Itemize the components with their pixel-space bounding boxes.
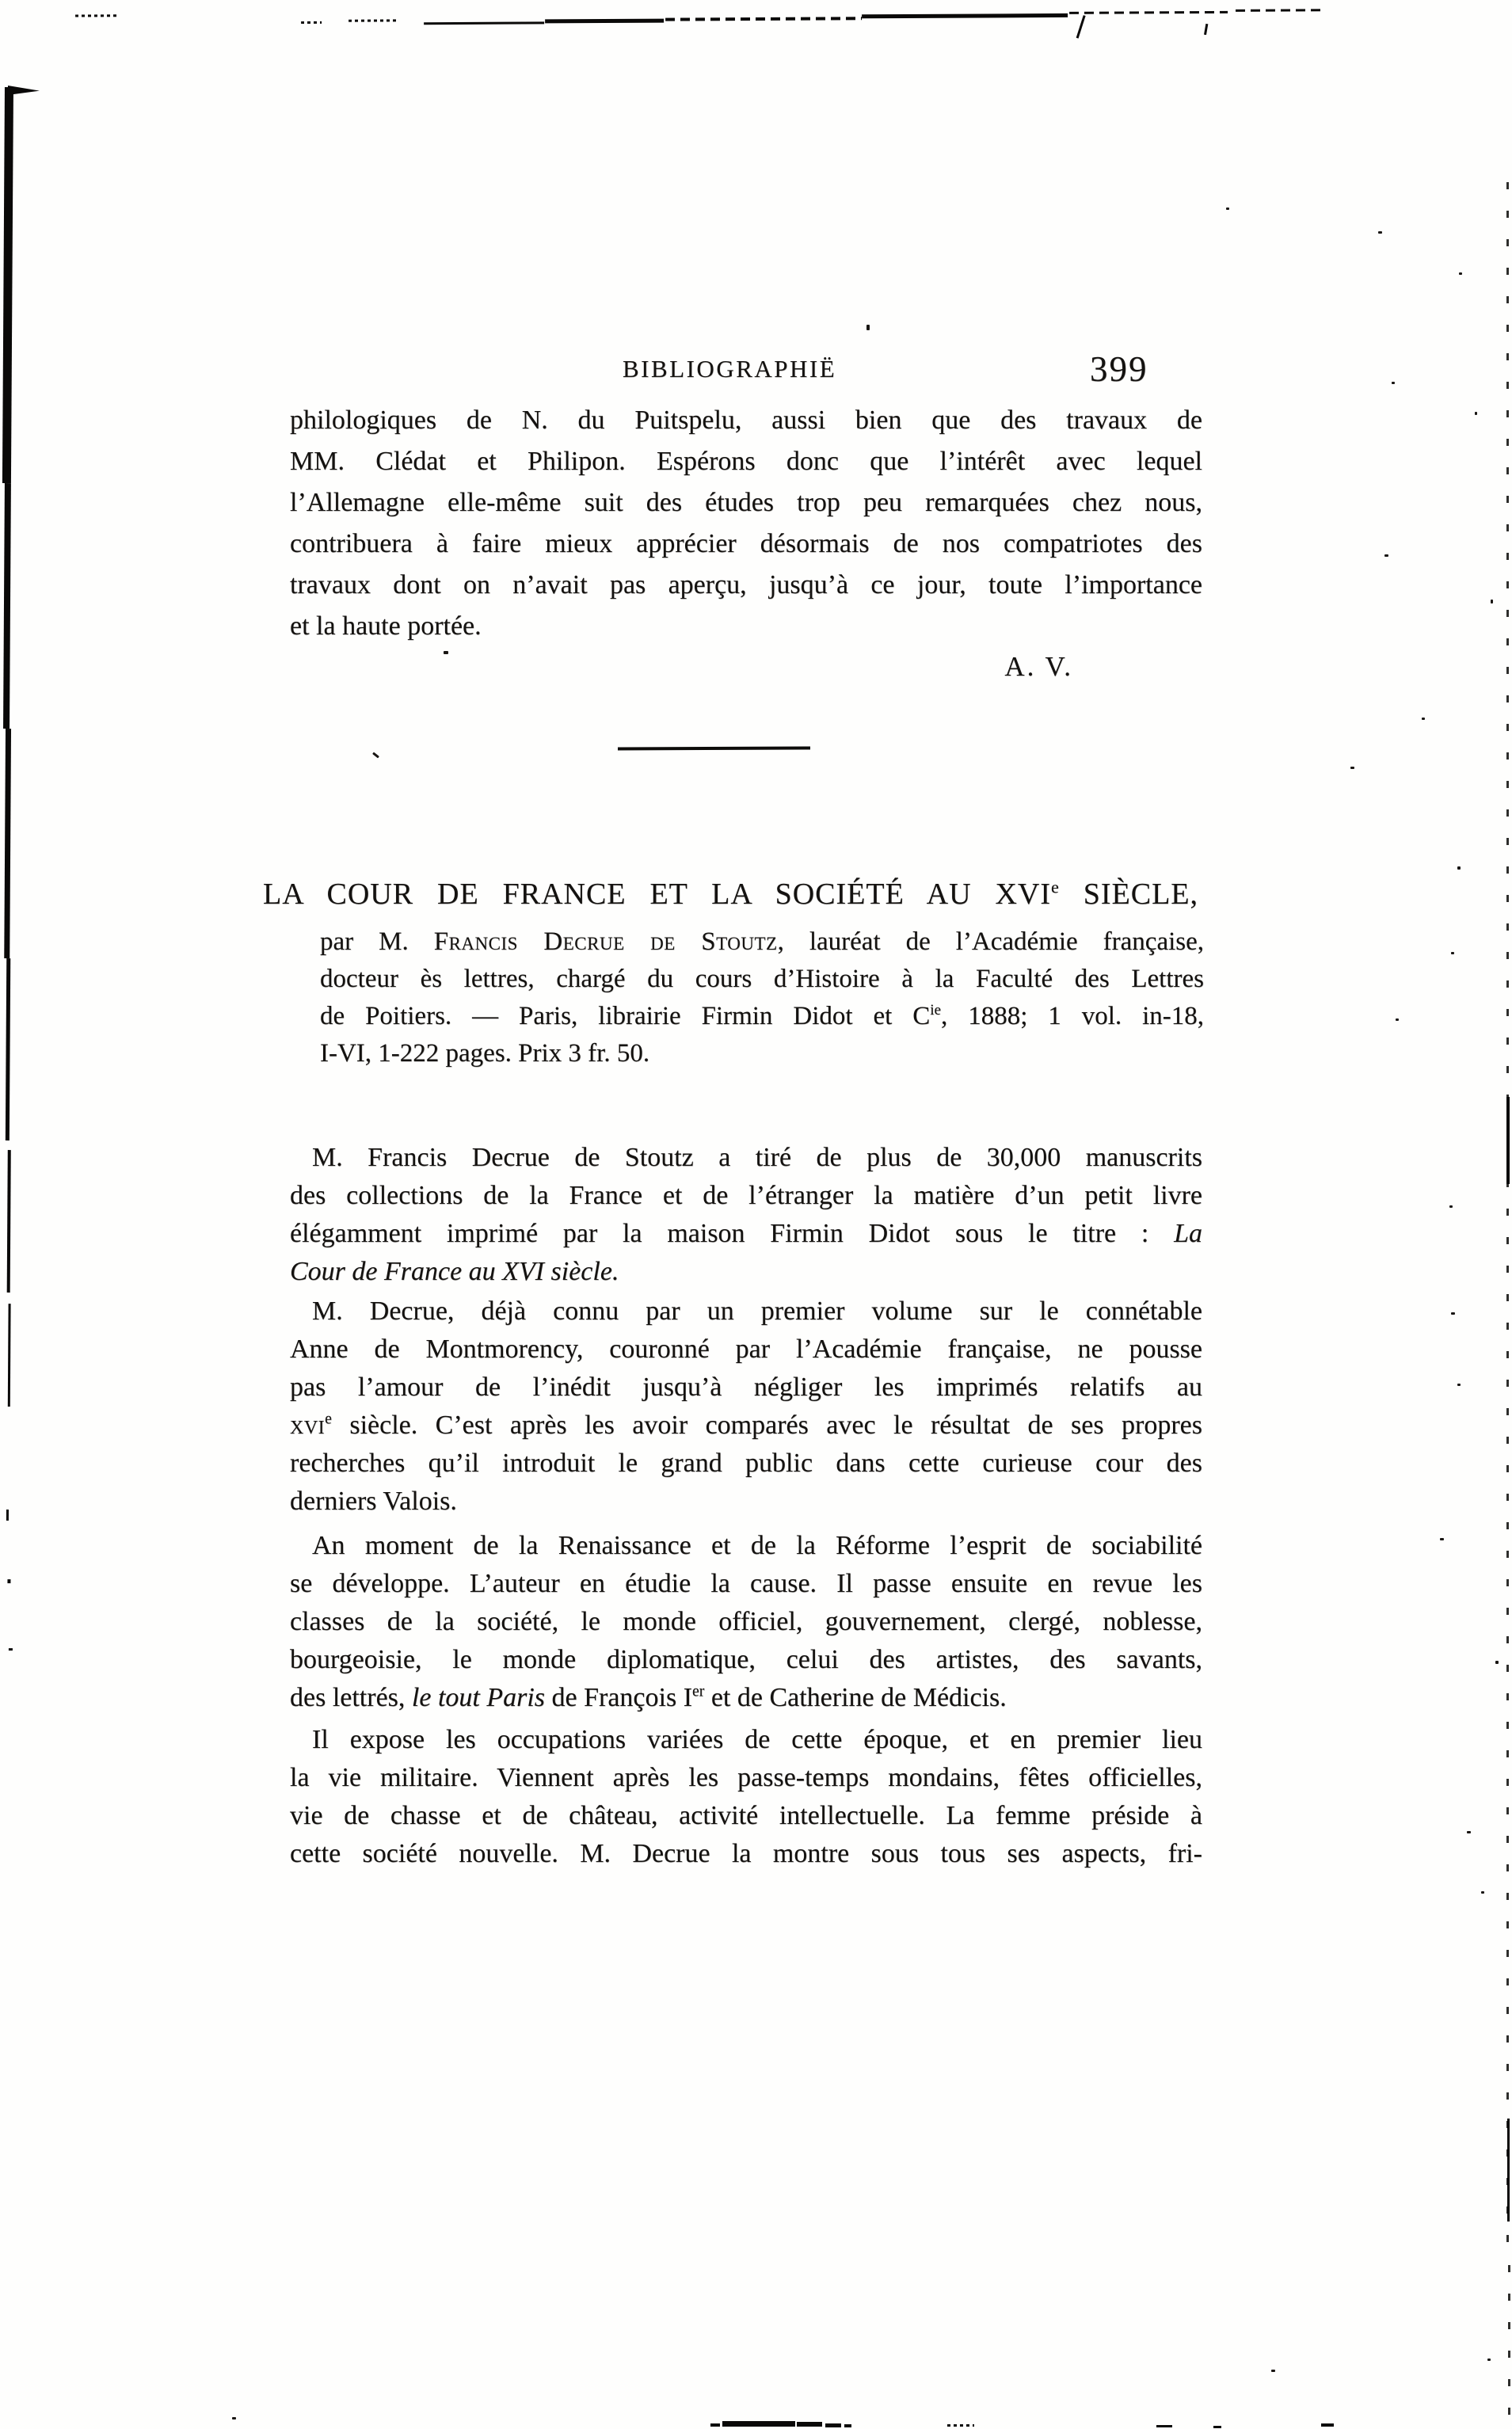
scan-artifact-bottom-bar <box>722 2421 795 2427</box>
text-segment: , lauréat de l’Académie française, <box>778 927 1204 956</box>
scan-speck <box>1451 952 1454 954</box>
scan-streak-segment <box>8 1304 11 1407</box>
text-line: LA COUR DE FRANCE ET LA SOCIÉTÉ AU XVIe … <box>263 876 1198 912</box>
running-title: BIBLIOGRAPHIË <box>623 355 828 383</box>
reviewer-signature: A. V. <box>290 651 1202 683</box>
scan-speck <box>1457 1384 1461 1386</box>
text-segment: Il expose les occupations variées de cet… <box>312 1725 1202 1754</box>
text-segment: et de Catherine de Médicis. <box>704 1683 1006 1712</box>
text-segment: l’Allemagne elle-même suit des études tr… <box>290 488 1202 517</box>
text-line: An moment de la Renaissance et de la Réf… <box>290 1527 1202 1565</box>
text-line: pas l’amour de l’inédit jusqu’à négliger… <box>290 1369 1202 1407</box>
scan-speck <box>301 21 322 24</box>
text-segment: par M. <box>320 927 434 956</box>
text-segment: recherches qu’il introduit le grand publ… <box>290 1449 1202 1478</box>
scan-speck <box>232 2417 236 2419</box>
scan-speck <box>1392 382 1395 384</box>
text-line: Il expose les occupations variées de cet… <box>290 1721 1202 1759</box>
scan-speck <box>1396 1018 1399 1021</box>
text-line: M. Francis Decrue de Stoutz a tiré de pl… <box>290 1139 1202 1177</box>
text-segment: de Poitiers. — Paris, librairie Firmin D… <box>320 1002 930 1030</box>
scan-speck <box>1459 272 1462 275</box>
text-segment: et la haute portée. <box>290 611 482 641</box>
text-segment: le tout Paris <box>412 1683 545 1712</box>
text-line: MM. Clédat et Philipon. Espérons donc qu… <box>290 441 1202 482</box>
text-segment: LA COUR DE FRANCE ET LA SOCIÉTÉ AU XVI <box>263 878 1051 911</box>
text-segment: siècle. C’est après les avoir comparés a… <box>332 1411 1202 1440</box>
text-segment: des collections de la France et de l’étr… <box>290 1181 1202 1210</box>
text-segment: derniers Valois. <box>290 1487 457 1516</box>
scan-streak-segment <box>4 729 11 958</box>
text-segment: docteur ès lettres, chargé du cours d’Hi… <box>320 965 1204 993</box>
scan-artifact-bottom-bar <box>797 2422 822 2427</box>
text-segment: pas l’amour de l’inédit jusqu’à négliger… <box>290 1372 1202 1402</box>
text-segment: Cour de France au XVI siècle. <box>290 1257 619 1286</box>
scan-line <box>1236 9 1324 12</box>
book-entry-title: LA COUR DE FRANCE ET LA SOCIÉTÉ AU XVIe … <box>263 876 1198 912</box>
scan-artifact-top-edge <box>0 0 1512 55</box>
scan-line <box>1508 2265 1510 2416</box>
text-segment: cette société nouvelle. M. Decrue la mon… <box>290 1839 1202 1868</box>
scan-speck <box>1350 767 1354 769</box>
scan-line <box>862 13 1068 18</box>
text-segment: bourgeoisie, le monde diplomatique, celu… <box>290 1645 1202 1674</box>
text-line: par M. Francis Decrue de Stoutz, lauréat… <box>320 923 1204 961</box>
text-line: M. Decrue, déjà connu par un premier vol… <box>290 1293 1202 1331</box>
text-segment: I-VI, 1-222 pages. Prix 3 fr. 50. <box>320 1039 649 1068</box>
scan-speck <box>1213 2426 1221 2428</box>
text-segment: e <box>1051 877 1060 897</box>
scan-speck <box>348 19 398 21</box>
text-segment: se développe. L’auteur en étudie la caus… <box>290 1569 1202 1598</box>
scan-artifact-bottom-bar <box>844 2424 851 2427</box>
text-line: xvie siècle. C’est après les avoir compa… <box>290 1407 1202 1445</box>
text-line: de Poitiers. — Paris, librairie Firmin D… <box>320 998 1204 1035</box>
scan-speck <box>1422 718 1425 720</box>
scan-speck <box>866 325 870 330</box>
scan-line <box>424 21 544 25</box>
scan-line <box>545 19 664 24</box>
scanned-book-page: BIBLIOGRAPHIË 399 philologiques de N. du… <box>0 0 1512 2429</box>
scan-speck <box>947 2424 974 2427</box>
text-line: la vie militaire. Viennent après les pas… <box>290 1759 1202 1797</box>
scan-streak-segment <box>2 87 13 483</box>
text-line: travaux dont on n’avait pas aperçu, jusq… <box>290 565 1202 606</box>
text-segment: contribuera à faire mieux apprécier déso… <box>290 529 1202 558</box>
text-segment: classes de la société, le monde officiel… <box>290 1607 1202 1636</box>
scan-line <box>665 17 862 21</box>
text-segment: philologiques de N. du Puitspelu, aussi … <box>290 405 1202 435</box>
review-paragraph: M. Francis Decrue de Stoutz a tiré de pl… <box>290 1139 1202 1291</box>
scan-streak-segment <box>7 1150 11 1293</box>
scan-speck <box>1467 1831 1471 1833</box>
text-line: bourgeoisie, le monde diplomatique, celu… <box>290 1641 1202 1679</box>
scan-artifact-bottom-bar <box>825 2423 841 2427</box>
scan-speck <box>6 1510 9 1521</box>
text-line: derniers Valois. <box>290 1483 1202 1521</box>
scan-line <box>1069 11 1228 14</box>
text-segment: MM. Clédat et Philipon. Espérons donc qu… <box>290 447 1202 476</box>
review-conclusion-text: philologiques de N. du Puitspelu, aussi … <box>290 400 1202 647</box>
scan-line <box>1506 1097 1510 1184</box>
scan-speck <box>1156 2425 1172 2427</box>
scan-artifact-left-streak <box>0 84 27 1652</box>
text-line: philologiques de N. du Puitspelu, aussi … <box>290 400 1202 441</box>
text-segment: La <box>1174 1219 1202 1248</box>
page-number: 399 <box>1090 348 1148 390</box>
text-line: et la haute portée. <box>290 606 1202 647</box>
review-paragraph: Il expose les occupations variées de cet… <box>290 1721 1202 1873</box>
scan-speck <box>7 1579 10 1583</box>
scan-line <box>1507 2119 1510 2222</box>
scan-tick <box>1204 24 1208 35</box>
scan-speck <box>9 1648 13 1650</box>
scan-speck <box>75 14 116 17</box>
text-segment: er <box>692 1683 704 1700</box>
scan-speck <box>1457 866 1461 870</box>
text-line: contribuera à faire mieux apprécier déso… <box>290 523 1202 565</box>
scan-speck <box>1384 554 1388 557</box>
text-segment: xvi <box>290 1411 325 1440</box>
text-segment: Francis Decrue de Stoutz <box>434 927 778 956</box>
text-line: des lettrés, le tout Paris de François I… <box>290 1679 1202 1717</box>
scan-speck <box>1449 1205 1453 1208</box>
text-segment: des lettrés, <box>290 1683 412 1712</box>
scan-speck <box>1451 1312 1455 1315</box>
scan-speck <box>1226 207 1229 210</box>
text-segment: la vie militaire. Viennent après les pas… <box>290 1763 1202 1792</box>
scan-streak-segment <box>6 958 10 1140</box>
scan-speck <box>1321 2423 1334 2427</box>
scan-speck <box>1271 2370 1275 2372</box>
section-divider-rule <box>618 746 810 750</box>
text-line: élégamment imprimé par la maison Firmin … <box>290 1215 1202 1253</box>
text-segment: vie de chasse et de château, activité in… <box>290 1801 1202 1830</box>
scan-tick <box>1076 15 1086 38</box>
text-line: cette société nouvelle. M. Decrue la mon… <box>290 1835 1202 1873</box>
text-line: recherches qu’il introduit le grand publ… <box>290 1445 1202 1483</box>
book-entry-details: par M. Francis Decrue de Stoutz, lauréat… <box>320 923 1204 1072</box>
text-line: Cour de France au XVI siècle. <box>290 1253 1202 1291</box>
text-segment: de François I <box>545 1683 692 1712</box>
text-segment: travaux dont on n’avait pas aperçu, jusq… <box>290 570 1202 600</box>
text-line: classes de la société, le monde officiel… <box>290 1603 1202 1641</box>
scan-speck <box>1440 1538 1444 1540</box>
text-segment: SIÈCLE, <box>1060 878 1198 911</box>
scan-speck <box>1495 1661 1499 1664</box>
text-line: se développe. L’auteur en étudie la caus… <box>290 1565 1202 1603</box>
review-paragraph: An moment de la Renaissance et de la Réf… <box>290 1527 1202 1717</box>
scan-speck <box>1378 231 1382 234</box>
scan-speck <box>1487 2359 1491 2361</box>
text-segment: élégamment imprimé par la maison Firmin … <box>290 1219 1174 1248</box>
scan-speck <box>1481 1891 1484 1894</box>
text-segment: An moment de la Renaissance et de la Réf… <box>312 1531 1202 1560</box>
text-segment: Anne de Montmorency, couronné par l’Acad… <box>290 1334 1202 1364</box>
scan-speck <box>372 752 379 759</box>
scan-speck <box>1491 600 1493 603</box>
text-segment: e <box>325 1411 332 1428</box>
text-line: docteur ès lettres, chargé du cours d’Hi… <box>320 961 1204 998</box>
scan-speck <box>1475 412 1477 415</box>
scan-artifact-right-edge <box>1506 182 1509 2257</box>
text-line: des collections de la France et de l’étr… <box>290 1177 1202 1215</box>
text-line: I-VI, 1-222 pages. Prix 3 fr. 50. <box>320 1035 1204 1072</box>
text-line: Anne de Montmorency, couronné par l’Acad… <box>290 1331 1202 1369</box>
text-segment: M. Francis Decrue de Stoutz a tiré de pl… <box>312 1143 1202 1172</box>
text-line: vie de chasse et de château, activité in… <box>290 1797 1202 1835</box>
text-segment: , 1888; 1 vol. in-18, <box>941 1002 1204 1030</box>
text-line: l’Allemagne elle-même suit des études tr… <box>290 482 1202 523</box>
text-segment: ie <box>930 1002 941 1018</box>
text-segment: M. Decrue, déjà connu par un premier vol… <box>312 1296 1202 1326</box>
scan-artifact-bottom-bar <box>710 2423 720 2427</box>
review-paragraph: M. Decrue, déjà connu par un premier vol… <box>290 1293 1202 1521</box>
scan-streak-segment <box>3 483 11 729</box>
